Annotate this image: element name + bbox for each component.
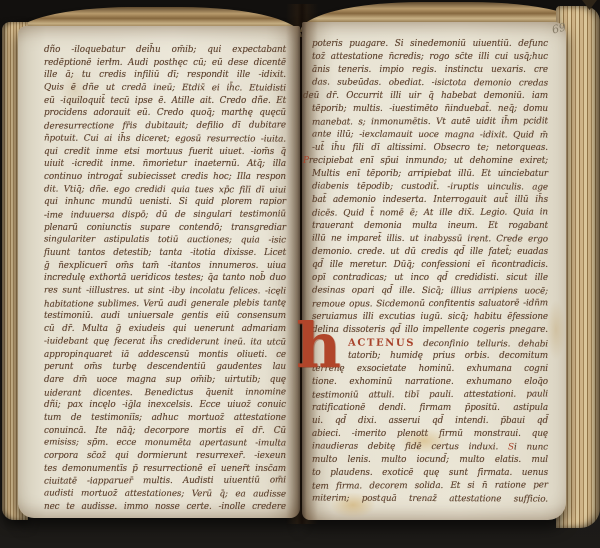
text-line: inaudieras debitę fidē certus induxi. Si… — [312, 440, 548, 454]
text-line: ciuitatē -iapparuer̄ multis. Audisti uiu… — [44, 475, 286, 489]
text-line: desinas opari qd̄ ille. Sicq̄; illius ar… — [312, 284, 548, 298]
text-line: ratificationē dendi. firmam p̄positū. as… — [312, 402, 548, 415]
text-line: qd̄ ille meretur. Dūq̄; confessioni eī n… — [312, 259, 548, 272]
text-line: trauerant demonia multa ineum. Et rogaba… — [312, 220, 548, 233]
text-line: ante illū; -iexclamauit uoce magna -idix… — [312, 128, 548, 142]
text-line: res sunt -iillustres. ut sint -iby incol… — [44, 285, 286, 299]
text-line: audisti mortuoz̄ attestationes; Verū q̄;… — [44, 488, 286, 502]
text-line: dicēs. Quid t̄ nomē ē; At ille dix̄. Leg… — [312, 206, 548, 220]
text-line: redēptionē ierłm. Audi posthęc cū; eū de… — [44, 57, 286, 70]
text-line: abieci. -imerito plenott firmū monstraui… — [312, 428, 548, 441]
text-line: qui inhunc mundū uenisti. Si quid plorem… — [44, 196, 286, 209]
text-line: miterim; postquā trenaz̄ attestatione su… — [312, 492, 548, 506]
text-line: delina dissoteris qd̄ illo impellente co… — [312, 324, 548, 337]
text-line: nec te audisse. immo nosse certe. -inoll… — [44, 501, 286, 514]
text-line: bat̄ ademonio indeserta. Interrogauit au… — [312, 194, 548, 207]
text-line: dare dm̄ uoce magna sup om̄ib; uirtutib;… — [44, 374, 286, 387]
text-line: uiuit -icredit inme. n̄morietur inaetern… — [44, 158, 286, 171]
right-page-text: poteris puagare. Si sinedemoniū uiuentiū… — [312, 38, 548, 506]
text-line: incredulę exthortā ueridicos testes; q̄a… — [44, 272, 286, 285]
text-line: deresurrectione fr̄is dubitauit; defilio… — [44, 119, 286, 133]
text-line: tēporib; multis. -iuestimēto n̄induebat̄… — [312, 103, 548, 116]
text-line: fiuunt tantos detestib; tanta -itotia di… — [44, 247, 286, 260]
text-line: procidens adorauit eū. Credo quoq̄; mart… — [44, 107, 286, 120]
text-line: toz̄ attestatione n̄credis; rogo sc̄te i… — [312, 51, 548, 64]
text-line: remoue opus. Sicdemonū confitentis salua… — [312, 297, 548, 311]
text-line: ACTENUS deconfinio telluris. dehabi — [312, 336, 548, 350]
text-line: dño -iloquebatur deih̄u om̄ib; qui expec… — [44, 44, 286, 57]
rubricated-initial-h: h — [296, 318, 334, 374]
text-line: ḡ n̄explicuerī om̄s tam̄ -itantos innume… — [44, 260, 286, 273]
text-line: Quis ē dñe ut credā ineū; Etdix̄ ei ih̄c… — [44, 82, 286, 96]
text-line: tatorib; humidę prius orbis. decomitum — [312, 350, 548, 363]
text-line: dit. Vtiq̄; dñe. ego credidi quia tues x… — [44, 183, 286, 197]
text-line: Multis enī tēporib; arripiebat illū. Et … — [312, 168, 548, 181]
text-line: Precipiebat enī sp̄ui inmundo; ut dehomi… — [303, 155, 548, 168]
text-line: multo lenis. multo iocund̄; multo elatis… — [312, 454, 548, 467]
text-line: eū -iquiloquit̄ tecū ipse ē. Atille ait.… — [44, 95, 286, 108]
text-line: ui. qd̄ dixi. asserui qd̄ intendi. p̄bau… — [312, 415, 548, 428]
text-line: plenarū coniunctis supare contendō; tran… — [44, 222, 286, 235]
text-line: tum de testimoniīs; adhuc mortuoz̄ attes… — [44, 412, 286, 425]
text-line: testimoniū attuli. tibī pauli. attestati… — [312, 388, 548, 402]
text-line: testimoniū. audi uniuersale gentis eiū c… — [44, 310, 286, 323]
text-line: terrenę exsocietate hominū. exhumana cog… — [312, 363, 548, 376]
text-line: continuo introgat̄ subiecisset credis ho… — [44, 171, 286, 184]
text-line: -ime induuersa dispō; dū de singulari te… — [44, 208, 286, 222]
text-line: opī contradicas; ut inco qd̄ credidisti.… — [312, 272, 548, 285]
text-line: qui credit inme etsi mortuus fuerit uiue… — [44, 146, 286, 159]
text-line: conuincā. Ite nāq̄; decorpore mortis eī … — [44, 425, 286, 438]
text-line: singulariter astipulatis totiū auctiones… — [44, 234, 286, 248]
text-line: to plaudens. exoticē quę sunt firmata. u… — [312, 467, 548, 480]
text-line: uiderant dicentes. Benedictus q̄uenit in… — [44, 386, 286, 400]
text-line: demonio. crede. ut dū credis qd̄ ille fa… — [312, 246, 548, 259]
text-line: illū ne imparet̄ illis. ut inabyssū iren… — [312, 232, 548, 246]
text-line: -iuidebant quę fecerat ih̄s crediderunt … — [44, 335, 286, 349]
text-line: -ut̄ ih̄u fili dī altissimi. Obsecro te;… — [312, 142, 548, 155]
text-line: n̄potuit. Cui ai ih̄s diceret; egosū res… — [44, 132, 286, 146]
text-line: tem firma. decorem solida. Et si n̄ rati… — [312, 479, 548, 493]
text-line: perunt om̄s turbę descendentiū gaudentes… — [44, 361, 286, 374]
left-page-text: dño -iloquebatur deih̄u om̄ib; qui expec… — [44, 44, 286, 513]
text-line: ānis teneris. impio regis. instinctu uex… — [312, 64, 548, 77]
text-line: habitatione sublimes. Verū audi generale… — [44, 297, 286, 311]
text-line: manebat. s; inmonumētis. Vt autē uidit i… — [312, 115, 548, 129]
text-line: dñi; pax incęlo -iḡla inexcelsis. Ecce u… — [44, 399, 286, 412]
text-line: corpora sc̄oz̄ qui dormierunt resurrexer… — [44, 450, 286, 463]
text-line: cū dr̄. Multa ḡ exiudeis qui uenerunt ad… — [44, 323, 286, 336]
text-line: tione. exhominū narratione. exhumano elo… — [312, 376, 548, 389]
text-line: emisiss; sp̄m. ecce monumēta apertasunt … — [44, 437, 286, 451]
text-line: ille ā; tu credis infiliū dī; respondit … — [44, 69, 286, 82]
text-line: tes demonumentīs p̄ resurrectionē eī uen… — [44, 463, 286, 476]
text-line: deū dr̄. Occurrit illi uir q̄ habebat de… — [303, 90, 548, 103]
manuscript-photo: dño -iloquebatur deih̄u om̄ib; qui expec… — [0, 0, 600, 548]
text-line: appropinquaret iā addescensū montis oliu… — [44, 349, 286, 362]
text-line: seruiamus illi excutias iugū. sicq̄; hab… — [312, 311, 548, 324]
text-line: das. subeūdas. obediat. -isictota demoni… — [312, 76, 548, 90]
text-line: diabenis tēpodib; custodit̄. -iruptis ui… — [312, 180, 548, 194]
text-line: poteris puagare. Si sinedemoniū uiuentiū… — [312, 38, 548, 51]
